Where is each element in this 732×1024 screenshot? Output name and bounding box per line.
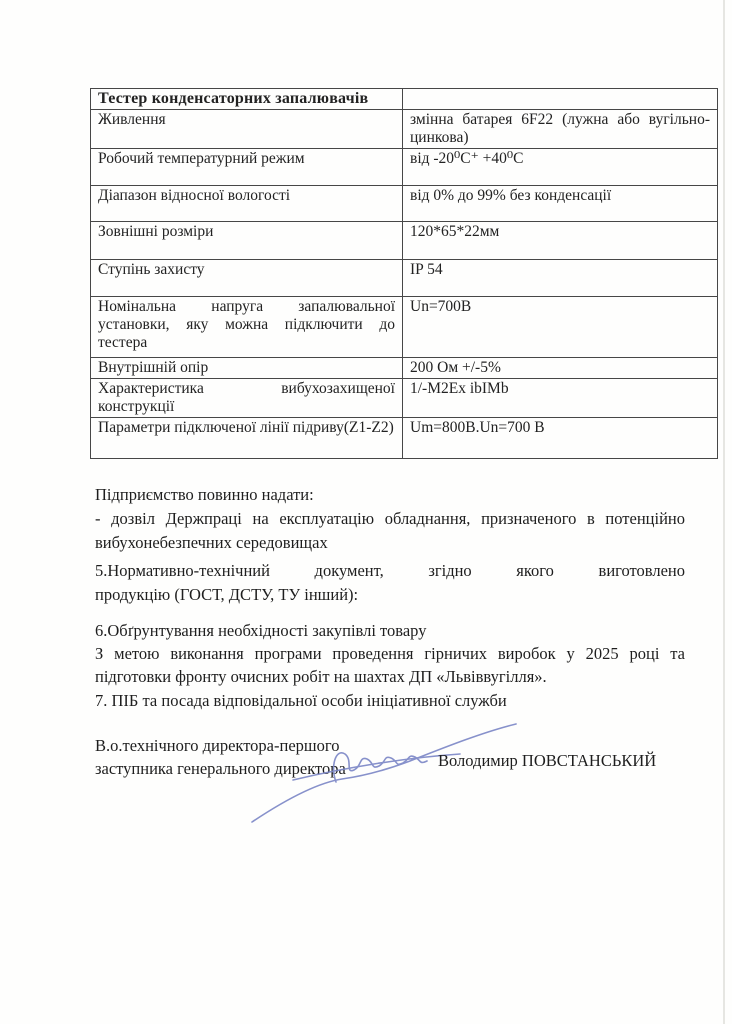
- table-row: Номінальна напруга запалювальної установ…: [91, 297, 718, 358]
- section7-paragraph: 7. ПІБ та посада відповідальної особи ін…: [95, 689, 685, 713]
- requirements-heading: Підприємство повинно надати:: [95, 483, 685, 507]
- spec-label: Внутрішній опір: [91, 358, 403, 379]
- table-row: Зовнішні розміри 120*65*22мм: [91, 222, 718, 260]
- spec-label: Діапазон відносної вологості: [91, 186, 403, 222]
- scan-edge-shadow: [723, 0, 725, 1024]
- spec-value: від 0% до 99% без конденсації: [403, 186, 718, 222]
- spec-label: Характеристика вибухозахищеної конструкц…: [91, 379, 403, 418]
- section5-line: 5.Нормативно-технічний документ, згідно …: [95, 559, 685, 583]
- section6-paragraph: 6.Обґрунтування необхідності закупівлі т…: [95, 619, 685, 688]
- requirements-paragraph: Підприємство повинно надати: - дозвіл Де…: [95, 483, 685, 555]
- spec-value: 1/-М2Ех ibIMb: [403, 379, 718, 418]
- section5-line: продукцію (ГОСТ, ДСТУ, ТУ інший):: [95, 583, 685, 607]
- section6-body-line: З метою виконання програми проведення гі…: [95, 642, 685, 665]
- spec-label: Робочий температурний режим: [91, 149, 403, 186]
- spec-label: Параметри підключеної лінії підриву(Z1-Z…: [91, 418, 403, 459]
- table-title-row: Тестер конденсаторних запалювачів: [91, 89, 718, 110]
- spec-value: Um=800В.Un=700 В: [403, 418, 718, 459]
- table-title: Тестер конденсаторних запалювачів: [91, 89, 403, 110]
- section6-body-line: підготовки фронту очисних робіт на шахта…: [95, 665, 685, 688]
- signature-name: Володимир ПОВСТАНСЬКИЙ: [438, 751, 656, 771]
- table-title-empty-cell: [403, 89, 718, 110]
- spec-value: від -20⁰C⁺ +40⁰C: [403, 149, 718, 186]
- spec-label: Номінальна напруга запалювальної установ…: [91, 297, 403, 358]
- section7-text: 7. ПІБ та посада відповідальної особи ін…: [95, 689, 685, 713]
- table-row: Параметри підключеної лінії підриву(Z1-Z…: [91, 418, 718, 459]
- requirements-item-line: - дозвіл Держпраці на експлуатацію облад…: [95, 507, 685, 531]
- spec-label: Живлення: [91, 110, 403, 149]
- section5-paragraph: 5.Нормативно-технічний документ, згідно …: [95, 559, 685, 607]
- spec-value: Un=700В: [403, 297, 718, 358]
- spec-value: 200 Ом +/-5%: [403, 358, 718, 379]
- table-row: Робочий температурний режим від -20⁰C⁺ +…: [91, 149, 718, 186]
- spec-table: Тестер конденсаторних запалювачів Живлен…: [90, 88, 718, 459]
- signature-ink: [238, 712, 538, 832]
- table-row: Діапазон відносної вологості від 0% до 9…: [91, 186, 718, 222]
- document-page: Тестер конденсаторних запалювачів Живлен…: [0, 0, 732, 1024]
- table-row: Внутрішній опір 200 Ом +/-5%: [91, 358, 718, 379]
- spec-value: 120*65*22мм: [403, 222, 718, 260]
- spec-label: Ступінь захисту: [91, 260, 403, 297]
- spec-value: IP 54: [403, 260, 718, 297]
- spec-value: змінна батарея 6F22 (лужна або вугільно-…: [403, 110, 718, 149]
- spec-label: Зовнішні розміри: [91, 222, 403, 260]
- table-row: Ступінь захисту IP 54: [91, 260, 718, 297]
- requirements-item-line: вибухонебезпечних середовищах: [95, 531, 685, 555]
- table-row: Характеристика вибухозахищеної конструкц…: [91, 379, 718, 418]
- section6-heading: 6.Обґрунтування необхідності закупівлі т…: [95, 619, 685, 642]
- table-row: Живлення змінна батарея 6F22 (лужна або …: [91, 110, 718, 149]
